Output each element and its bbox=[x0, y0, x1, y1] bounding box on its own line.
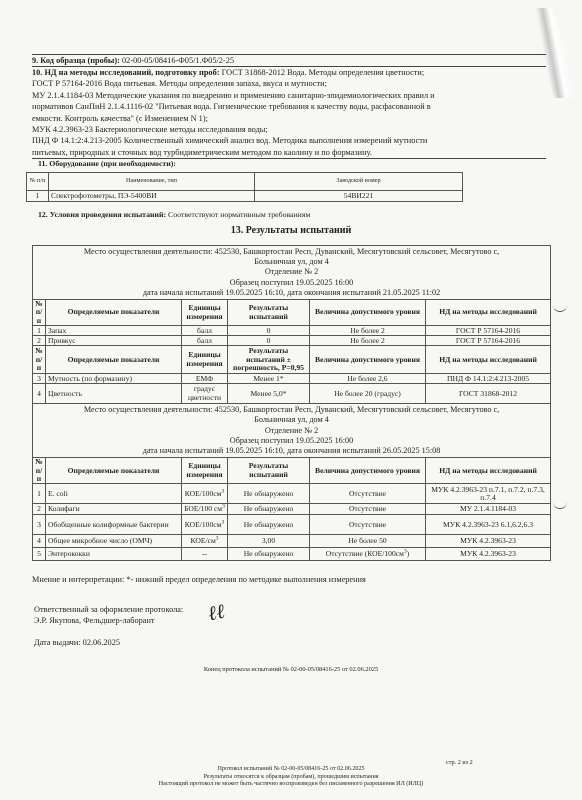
table-row: 4 Цветность градус цветности Менее 5,0* … bbox=[33, 384, 551, 404]
page-footer: Протокол испытаний № 02-00-05/08416-25 о… bbox=[0, 766, 582, 789]
opinion-note: Мнение и интерпретации: *- нижний предел… bbox=[32, 574, 366, 585]
scan-mark bbox=[553, 500, 567, 509]
equipment-table: № п/п Наименование, тип Заводской номер … bbox=[26, 172, 463, 202]
results-title: 13. Результаты испытаний bbox=[0, 225, 582, 236]
table-header: № п/п Определяемые показатели Единицы из… bbox=[33, 300, 551, 326]
location-block: Место осуществления деятельности: 452530… bbox=[33, 246, 551, 300]
table-header: № п/п Определяемые показатели Единицы из… bbox=[33, 458, 551, 484]
responsible-person: Э.Р. Якупова, Фельдшер-лаборант bbox=[34, 615, 155, 626]
equipment-label: 11. Оборудование (при необходимости): bbox=[38, 158, 176, 169]
protocol-page: 9. Код образца (пробы): 02-00-05/08416-Ф… bbox=[0, 0, 582, 800]
table-row: 5 Энтерококки -- Не обнаружено Отсутстви… bbox=[33, 548, 551, 561]
end-note: Конец протокола испытаний № 02-00-05/084… bbox=[0, 666, 582, 674]
equipment-serial: 54ВИ221 bbox=[255, 191, 463, 202]
results-table-1: Место осуществления деятельности: 452530… bbox=[32, 245, 551, 561]
table-row: 1 Запах балл 0 Не более 2 ГОСТ Р 57164-2… bbox=[33, 326, 551, 336]
table-row: 4 Общее микробное число (ОМЧ) КОЕ/см3 3,… bbox=[33, 535, 551, 548]
table-row: 2 Колифаги БОЕ/100 см3 Не обнаружено Отс… bbox=[33, 504, 551, 515]
signature: ℓℓ bbox=[206, 599, 228, 627]
equipment-name: Спектрофотометры, ПЭ-5400ВИ bbox=[49, 191, 255, 202]
header-number: № п/п bbox=[27, 173, 49, 191]
conditions: 12. Условия проведения испытаний: Соотве… bbox=[38, 209, 310, 220]
location-block: Место осуществления деятельности: 452530… bbox=[33, 404, 551, 458]
table-row: 3 Мутность (по формазину) ЕМФ Менее 1* Н… bbox=[33, 374, 551, 384]
sample-code: 9. Код образца (пробы): 02-00-05/08416-Ф… bbox=[32, 55, 234, 66]
header-serial: Заводской номер bbox=[255, 173, 463, 191]
responsible-label: Ответственный за оформление протокола: bbox=[34, 604, 183, 615]
table-row: 1 E. coli КОЕ/100см3 Не обнаружено Отсут… bbox=[33, 484, 551, 504]
table-header: № п/п Определяемые показатели Единицы из… bbox=[33, 346, 551, 374]
table-row: 3 Обобщенные колиформные бактерии КОЕ/10… bbox=[33, 515, 551, 535]
scan-mark bbox=[553, 303, 567, 312]
table-row: 2 Привкус балл 0 Не более 2 ГОСТ Р 57164… bbox=[33, 336, 551, 346]
methods-section: 10. НД на методы исследований, подготовк… bbox=[32, 67, 552, 158]
header-name: Наименование, тип bbox=[49, 173, 255, 191]
issue-date: Дата выдачи: 02.06.2025 bbox=[34, 637, 120, 648]
